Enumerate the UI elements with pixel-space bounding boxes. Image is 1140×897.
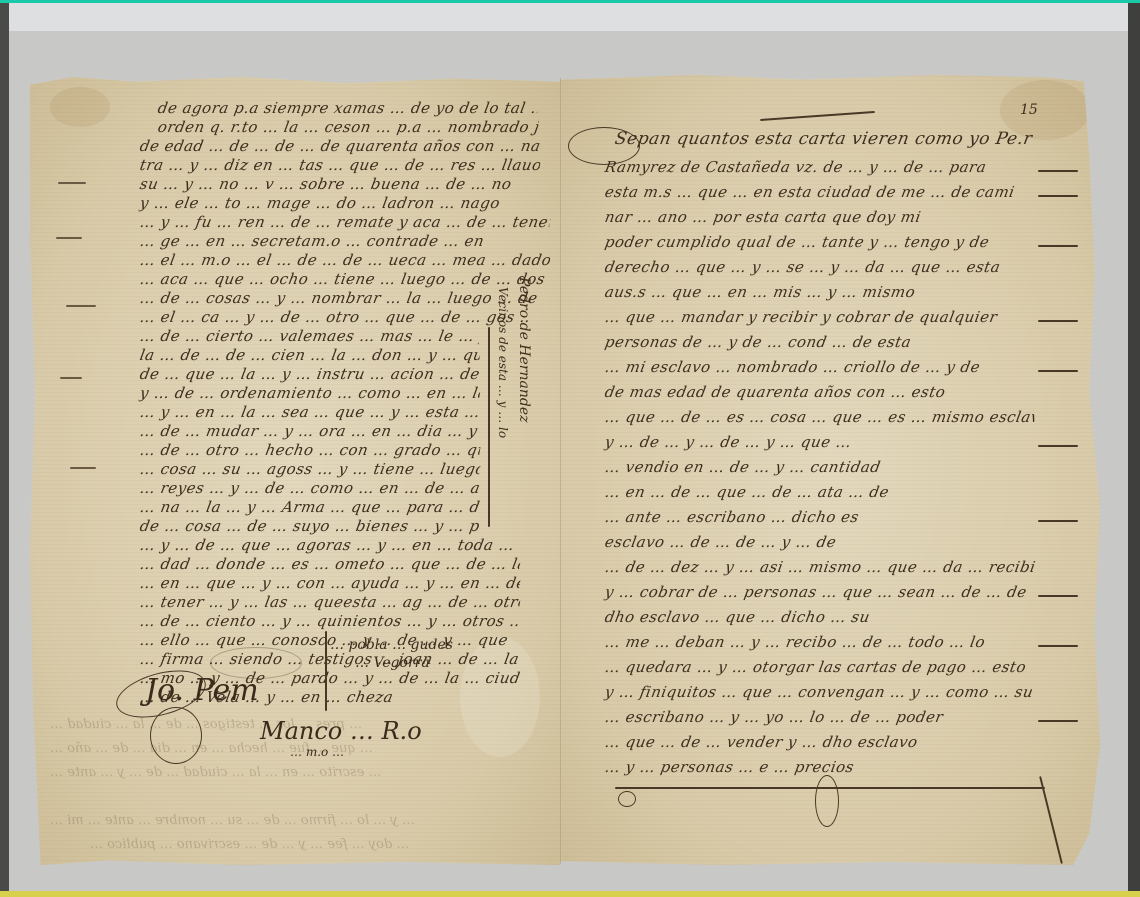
closing-flourish: [815, 775, 839, 827]
signature-manco: Manco … R.o: [260, 717, 422, 745]
text-line: … y … de … que … agoras … y … en … toda …: [138, 536, 521, 554]
marginal-note-detail: Vecinos de esta … y … lo: [496, 287, 510, 487]
frame-top-accent: [0, 0, 1140, 3]
text-line: … que … de … vender y … dho esclavo: [603, 733, 1036, 751]
text-line: … el … ca … y … de … otro … que … de … g…: [138, 308, 531, 326]
text-line: … aca … que … ocho … tiene … luego … de …: [138, 270, 551, 288]
text-line: … na … la … y … Arma … que … para … de ……: [138, 498, 481, 516]
scan-bed-top-band: [9, 3, 1128, 31]
text-line: … de … cierto … valemaes … mas … le … y: [138, 327, 481, 345]
paper-stain: [50, 87, 110, 127]
text-line: poder cumplido qual de … tante y … tengo…: [603, 233, 1036, 251]
text-line: la … de … de … cien … la … don … y … que…: [138, 346, 481, 364]
text-line: … dad … donde … es … ometo … que … de … …: [138, 555, 521, 573]
text-line: su … y … no … v … sobre … buena … de … n…: [138, 175, 541, 193]
text-line: … de … ciento … y … quinientos … y … otr…: [138, 612, 521, 630]
text-line: … y … fu … ren … de … remate y aca … de …: [138, 213, 551, 231]
text-line: orden q. r.to … la … ceson … p.a … nombr…: [156, 118, 539, 136]
text-line: de agora p.a siempre xamas … de yo de lo…: [156, 99, 539, 117]
text-line: … ante … escribano … dicho es: [603, 508, 1036, 526]
witness-note: … Vegorra: [355, 655, 430, 671]
text-line: … tener … y … las … queesta … ag … de … …: [138, 593, 521, 611]
text-line: Ramyrez de Castañeda vz. de … y … de … p…: [603, 158, 1036, 176]
closing-tail-stroke: [1039, 776, 1063, 864]
closing-flourish: [618, 791, 636, 807]
text-line: esclavo … de … de … y … de: [603, 533, 1036, 551]
witness-note: … pobla … gudes: [330, 637, 453, 653]
manuscript-right-page: 15 Sepan quantos esta carta vieren como …: [560, 75, 1100, 865]
text-line: … vendio en … de … y … cantidad: [603, 458, 1036, 476]
text-line: derecho … que … y … se … y … da … que … …: [603, 258, 1036, 276]
page-fold: [560, 78, 562, 864]
text-line: de edad … de … de … de quarenta años con…: [138, 137, 541, 155]
manuscript-left-page: … pres … los … testigos … de … la … ciud…: [30, 77, 560, 865]
signature-flourish: [210, 647, 302, 679]
text-line: personas de … y de … cond … de esta: [603, 333, 1036, 351]
text-line: … de … otro … hecho … con … grado … que …: [138, 441, 481, 459]
frame-bottom-accent: [0, 891, 1140, 897]
text-line: … en … de … que … de … ata … de: [603, 483, 1036, 501]
signature-subscript: … m.o …: [290, 745, 344, 759]
text-line: … escribano … y … yo … lo … de … poder: [603, 708, 1036, 726]
bleed-through-text: … escrito … en … la … ciudad … de … y … …: [50, 765, 382, 780]
text-line: y … de … ordenamiento … como … en … las …: [138, 384, 481, 402]
text-line: y … cobrar de … personas … que … sean … …: [603, 583, 1036, 601]
text-line: … reyes … y … de … como … en … de … acue…: [138, 479, 481, 497]
text-line: … en … que … y … con … ayuda … y … en … …: [138, 574, 521, 592]
text-line: de … que … la … y … instru … acion … de …: [138, 365, 481, 383]
signature-flourish: [150, 707, 202, 764]
text-line: Sepan quantos esta carta vieren como yo …: [613, 130, 1036, 148]
text-line: … el … m.o … el … de … de … ueca … mea ……: [138, 251, 551, 269]
signature-rule: [325, 631, 327, 711]
text-line: … de … cosas … y … nombrar … la … luego …: [138, 289, 541, 307]
text-line: … que … mandar y recibir y cobrar de qua…: [603, 308, 1036, 326]
text-line: … de … mudar … y … ora … en … dia … y … …: [138, 422, 481, 440]
text-line: dho esclavo … que … dicho … su: [603, 608, 1036, 626]
text-line: tra … y … diz en … tas … que … de … res …: [138, 156, 541, 174]
folio-number: 15: [1020, 102, 1038, 118]
text-line: y … finiquitos … que … convengan … y … c…: [603, 683, 1036, 701]
text-line: … me … deban … y … recibo … de … todo … …: [603, 633, 1036, 651]
scanner-frame-left: [0, 0, 9, 897]
text-line: y … ele … to … mage … do … ladron … nago: [138, 194, 541, 212]
bleed-through-text: … y … lo … firmo … de … su … nombre … an…: [50, 813, 415, 828]
text-line: de … cosa … de … suyo … bienes … y … pod…: [138, 517, 481, 535]
text-line: … de … dez … y … asi … mismo … que … da …: [603, 558, 1036, 576]
text-line: … que … de … es … cosa … que … es … mism…: [603, 408, 1036, 426]
margin-rule: [488, 327, 490, 527]
bleed-through-text: … doy … fee … y … de … escrivano … publi…: [90, 837, 409, 852]
text-line: esta m.s … que … en esta ciudad de me … …: [603, 183, 1036, 201]
text-line: de mas edad de quarenta años con … esto: [603, 383, 1036, 401]
text-line: aus.s … que … en … mis … y … mismo: [603, 283, 1036, 301]
scanner-frame-right: [1128, 0, 1140, 897]
text-line: y … de … y … de … y … que …: [603, 433, 1036, 451]
text-line: … ge … en … secretam.o … contrade … en: [138, 232, 551, 250]
text-line: … y … personas … e … precios: [603, 758, 1036, 776]
marginal-note-name: Pedro de Hernandez: [516, 277, 532, 477]
text-line: … cosa … su … agoss … y … tiene … luego …: [138, 460, 481, 478]
text-line: … quedara … y … otorgar las cartas de pa…: [603, 658, 1036, 676]
text-line: … mi esclavo … nombrado … criollo de … y…: [603, 358, 1036, 376]
text-line: nar … ano … por esta carta que doy mi: [603, 208, 1036, 226]
pen-stroke: [760, 111, 875, 121]
text-line: … y … en … la … sea … que … y … esta … a…: [138, 403, 481, 421]
